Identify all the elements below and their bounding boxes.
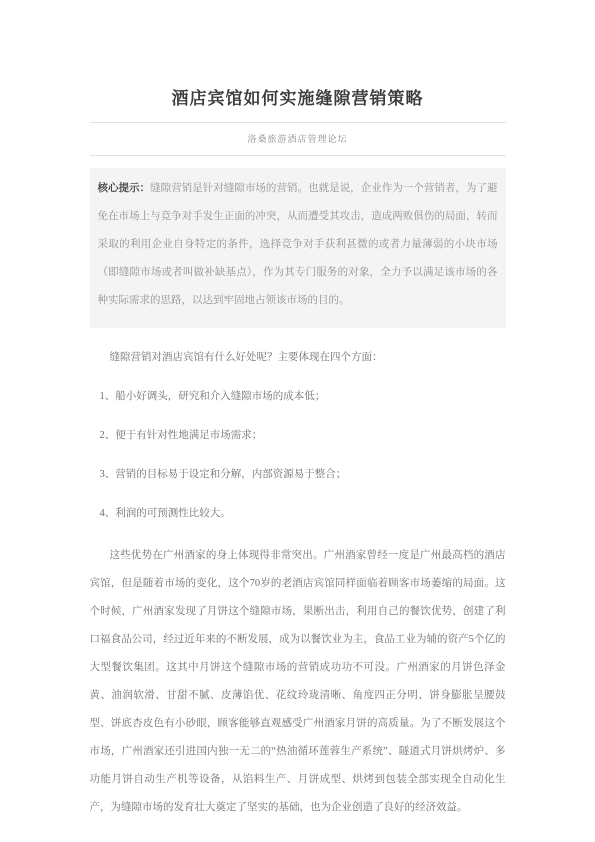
core-tip-label: 核心提示： (98, 183, 151, 194)
divider-bottom (90, 155, 506, 156)
list-item-1: 1、船小好调头，研究和介入缝隙市场的成本低； (90, 390, 506, 404)
intro-paragraph: 缝隙营销对酒店宾馆有什么好处呢？主要体现在四个方面： (90, 351, 506, 365)
list-item-3: 3、营销的目标易于设定和分解，内部资源易于整合； (90, 468, 506, 482)
case-study-paragraph: 这些优势在广州酒家的身上体现得非常突出。广州酒家曾经一度是广州最高档的酒店宾馆，… (90, 542, 506, 822)
core-tip-text: 缝隙营销是针对缝隙市场的营销。也就是说，企业作为一个营销者，为了避免在市场上与竞… (98, 183, 498, 306)
list-item-2: 2、便于有针对性地满足市场需求； (90, 429, 506, 443)
document-page: 酒店宾馆如何实施缝隙营销策略 洛桑旅游酒店管理论坛 核心提示：缝隙营销是针对缝隙… (0, 0, 595, 842)
article-source: 洛桑旅游酒店管理论坛 (90, 123, 506, 155)
list-item-4: 4、利润的可预测性比较大。 (90, 507, 506, 521)
document-content: 酒店宾馆如何实施缝隙营销策略 洛桑旅游酒店管理论坛 核心提示：缝隙营销是针对缝隙… (90, 0, 506, 822)
page-title: 酒店宾馆如何实施缝隙营销策略 (90, 84, 506, 109)
core-tip-box: 核心提示：缝隙营销是针对缝隙市场的营销。也就是说，企业作为一个营销者，为了避免在… (90, 168, 506, 328)
article-body: 缝隙营销对酒店宾馆有什么好处呢？主要体现在四个方面： 1、船小好调头，研究和介入… (90, 351, 506, 822)
